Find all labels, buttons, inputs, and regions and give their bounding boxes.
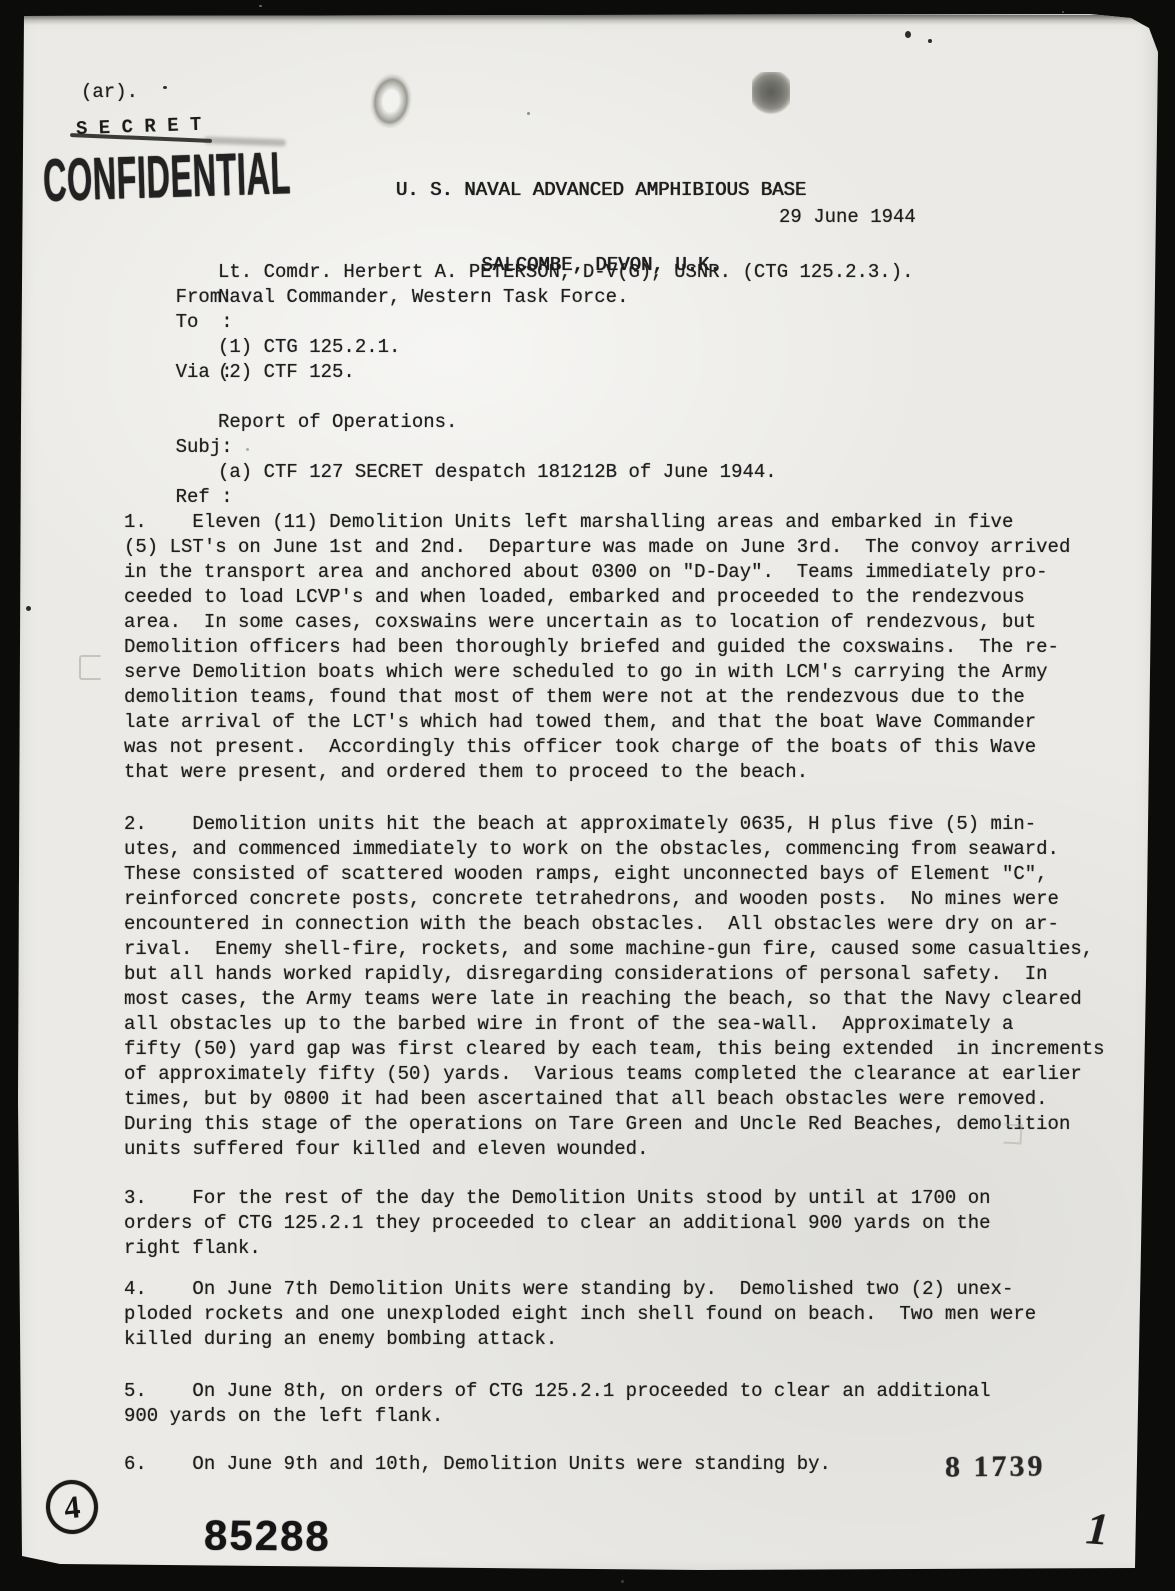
dust-speck	[621, 1580, 624, 1583]
handwritten-page-mark: 1	[1084, 1501, 1111, 1555]
circled-page-number: 4	[43, 1477, 100, 1536]
letterhead-line1: U. S. NAVAL ADVANCED AMPHIBIOUS BASE	[386, 178, 816, 203]
from-value: Lt. Comdr. Herbert A. PETERSON, D-V(G), …	[218, 260, 914, 285]
paragraph-3: 3. For the rest of the day the Demolitio…	[124, 1186, 991, 1261]
subject-label: Subj:	[176, 436, 233, 458]
dust-speck	[1062, 11, 1064, 13]
reference-label: Ref :	[176, 486, 233, 508]
document-page: (ar). S E C R E T CONFIDENTIAL U. S. NAV…	[0, 0, 1175, 1591]
ink-speck	[928, 39, 932, 43]
to-label: To :	[176, 311, 233, 333]
dust-speck	[259, 5, 262, 7]
to-value: Naval Commander, Western Task Force.	[218, 285, 628, 310]
reference-value: (a) CTF 127 SECRET despatch 181212B of J…	[218, 460, 777, 485]
ink-speck	[527, 112, 530, 115]
circled-page-number-value: 4	[62, 1488, 82, 1526]
paragraph-2: 2. Demolition units hit the beach at app…	[124, 812, 1105, 1162]
punch-hole-icon	[367, 71, 414, 130]
serial-number-stamp: 8 1739	[945, 1449, 1046, 1484]
paragraph-5: 5. On June 8th, on orders of CTG 125.2.1…	[124, 1379, 991, 1429]
via-value: (1) CTG 125.2.1. (2) CTF 125.	[218, 335, 400, 385]
scan-background: { "page": { "corner_note": "(ar).", "sta…	[0, 0, 1175, 1591]
staple-hole-icon	[752, 72, 790, 116]
ink-speck	[905, 31, 911, 38]
date-line: 29 June 1944	[779, 205, 916, 230]
ink-speck	[246, 448, 249, 451]
paragraph-1: 1. Eleven (11) Demolition Units left mar…	[124, 510, 1070, 785]
confidential-stamp: CONFIDENTIAL	[42, 138, 292, 215]
faint-bracket-mark	[79, 655, 102, 680]
paper-top-edge-shadow	[20, 15, 1152, 25]
paragraph-6: 6. On June 9th and 10th, Demolition Unit…	[124, 1452, 831, 1477]
ink-speck	[163, 86, 167, 89]
docket-number-stamp: 85288	[204, 1511, 331, 1560]
subject-value: Report of Operations.	[218, 410, 457, 435]
paragraph-4: 4. On June 7th Demolition Units were sta…	[124, 1277, 1036, 1352]
ink-speck	[26, 606, 31, 611]
corner-note: (ar).	[81, 80, 138, 105]
